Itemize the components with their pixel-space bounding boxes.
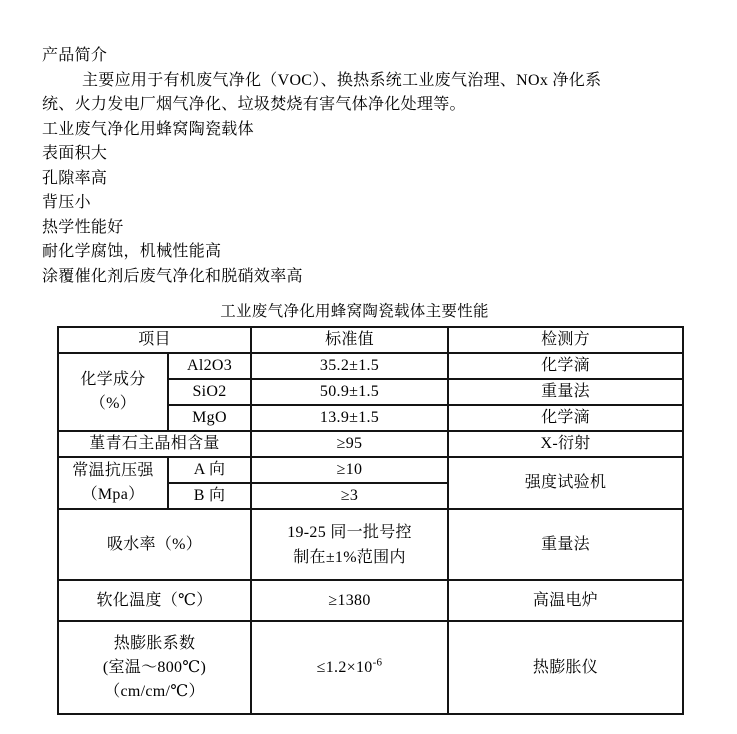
compressive-label-unit: （Mpa） [59,483,167,507]
absorption-label: 吸水率（%） [58,509,251,580]
chem-label: 化学成分 [59,368,167,392]
table-row-cordierite: 堇青石主晶相含量 ≥95 X-衍射 [58,431,683,457]
feature-line: 涂覆催化剂后废气净化和脱硝效率高 [42,265,667,290]
softening-method: 高温电炉 [448,580,683,621]
compressive-direction-name: A 向 [168,457,251,483]
expansion-label-line: 热膨胀系数 [59,632,250,656]
expansion-label-cell: 热膨胀系数 (室温～800℃) （cm/cm/℃） [58,621,251,714]
table-row-compressive-a: 常温抗压强 （Mpa） A 向 ≥10 强度试验机 [58,457,683,483]
expansion-label-line: （cm/cm/℃） [59,680,250,704]
header-standard: 标准值 [251,327,448,353]
table-row-softening: 软化温度（℃） ≥1380 高温电炉 [58,580,683,621]
document-body: 产品简介 主要应用于有机废气净化（VOC）、换热系统工业废气治理、NOx 净化系… [0,0,667,289]
feature-line: 耐化学腐蚀，机械性能高 [42,240,667,265]
softening-standard: ≥1380 [251,580,448,621]
absorption-method: 重量法 [448,509,683,580]
header-method: 检测方 [448,327,683,353]
chem-component-method: 重量法 [448,379,683,405]
softening-label: 软化温度（℃） [58,580,251,621]
chem-component-name: MgO [168,405,251,431]
feature-line: 表面积大 [42,142,667,167]
table-title: 工业废气净化用蜂窝陶瓷载体主要性能 [42,299,667,321]
properties-table: 项目 标准值 检测方 化学成分 （%） Al2O3 35.2±1.5 化学滴 S… [57,326,684,715]
compressive-direction-standard: ≥10 [251,457,448,483]
chem-component-name: Al2O3 [168,353,251,379]
chem-label-unit: （%） [59,392,167,416]
absorption-standard-text: 19-25 同一批号控制在±1%范围内 [280,520,420,570]
chem-label-cell: 化学成分 （%） [58,353,168,431]
table-row-chem-al2o3: 化学成分 （%） Al2O3 35.2±1.5 化学滴 [58,353,683,379]
feature-line: 孔隙率高 [42,167,667,192]
cordierite-label: 堇青石主晶相含量 [58,431,251,457]
compressive-direction-standard: ≥3 [251,483,448,509]
absorption-standard: 19-25 同一批号控制在±1%范围内 [251,509,448,580]
compressive-method: 强度试验机 [448,457,683,509]
table-header-row: 项目 标准值 检测方 [58,327,683,353]
intro-heading: 产品简介 [42,44,667,69]
header-item: 项目 [58,327,251,353]
table-row-expansion: 热膨胀系数 (室温～800℃) （cm/cm/℃） ≤1.2×10-6 热膨胀仪 [58,621,683,714]
cordierite-method: X-衍射 [448,431,683,457]
intro-paragraph-line: 主要应用于有机废气净化（VOC）、换热系统工业废气治理、NOx 净化系 [42,69,667,94]
compressive-label: 常温抗压强 [59,459,167,483]
expansion-standard: ≤1.2×10-6 [251,621,448,714]
compressive-direction-name: B 向 [168,483,251,509]
expansion-standard-exponent: -6 [373,656,383,668]
expansion-standard-base: ≤1.2×10 [317,659,373,676]
chem-component-method: 化学滴 [448,353,683,379]
feature-line: 背压小 [42,191,667,216]
expansion-method: 热膨胀仪 [448,621,683,714]
table-row-absorption: 吸水率（%） 19-25 同一批号控制在±1%范围内 重量法 [58,509,683,580]
chem-component-method: 化学滴 [448,405,683,431]
product-name-line: 工业废气净化用蜂窝陶瓷载体 [42,118,667,143]
expansion-label-line: (室温～800℃) [59,656,250,680]
compressive-label-cell: 常温抗压强 （Mpa） [58,457,168,509]
intro-paragraph-line: 统、火力发电厂烟气净化、垃圾焚烧有害气体净化处理等。 [42,93,667,118]
chem-component-standard: 13.9±1.5 [251,405,448,431]
cordierite-standard: ≥95 [251,431,448,457]
chem-component-name: SiO2 [168,379,251,405]
chem-component-standard: 50.9±1.5 [251,379,448,405]
chem-component-standard: 35.2±1.5 [251,353,448,379]
feature-line: 热学性能好 [42,216,667,241]
intro-paragraph: 主要应用于有机废气净化（VOC）、换热系统工业废气治理、NOx 净化系 统、火力… [42,69,667,118]
